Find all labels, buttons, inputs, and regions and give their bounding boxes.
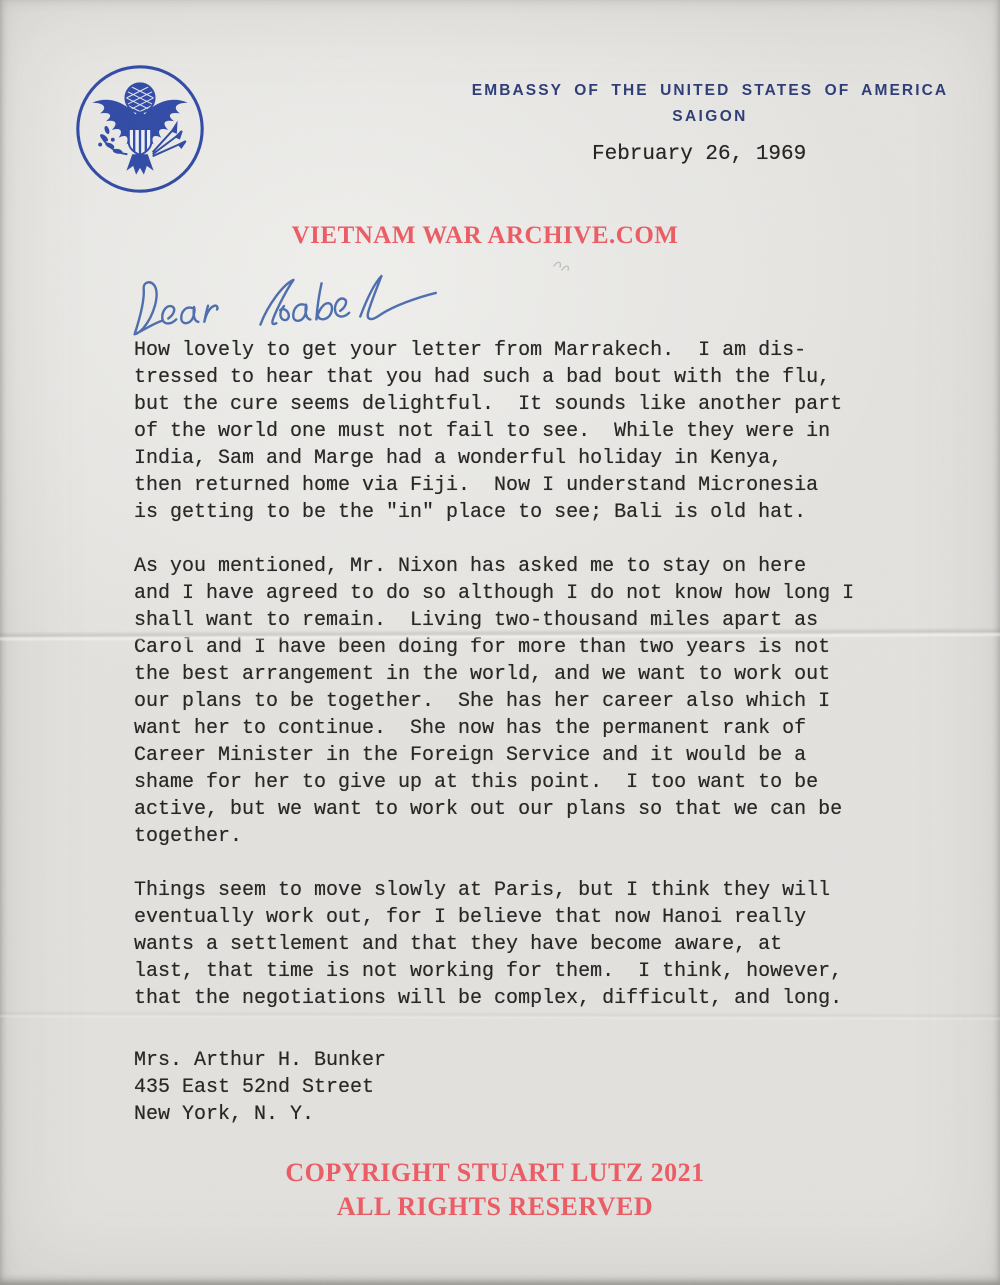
- copyright-line2: ALL RIGHTS RESERVED: [245, 1192, 745, 1222]
- great-seal-graphic: [72, 58, 208, 200]
- recipient-address: Mrs. Arthur H. Bunker 435 East 52nd Stre…: [134, 1047, 894, 1128]
- copyright-line1: COPYRIGHT STUART LUTZ 2021: [245, 1158, 745, 1188]
- letterhead-line2: SAIGON: [460, 108, 960, 126]
- letter-body: How lovely to get your letter from Marra…: [134, 337, 894, 1128]
- pencil-smudge: [548, 252, 578, 278]
- letter-paragraph: How lovely to get your letter from Marra…: [134, 337, 894, 526]
- handwritten-salutation: [117, 264, 458, 343]
- letterhead-line1: EMBASSY OF THE UNITED STATES OF AMERICA: [460, 82, 960, 100]
- us-great-seal-icon: [72, 58, 208, 200]
- letter-paragraph: As you mentioned, Mr. Nixon has asked me…: [134, 553, 894, 850]
- letter-date: February 26, 1969: [592, 143, 806, 166]
- letter-paragraph: Things seem to move slowly at Paris, but…: [134, 877, 894, 1012]
- archive-watermark: VIETNAM WAR ARCHIVE.COM: [235, 222, 735, 250]
- scanned-letter-page: EMBASSY OF THE UNITED STATES OF AMERICA …: [0, 0, 1000, 1285]
